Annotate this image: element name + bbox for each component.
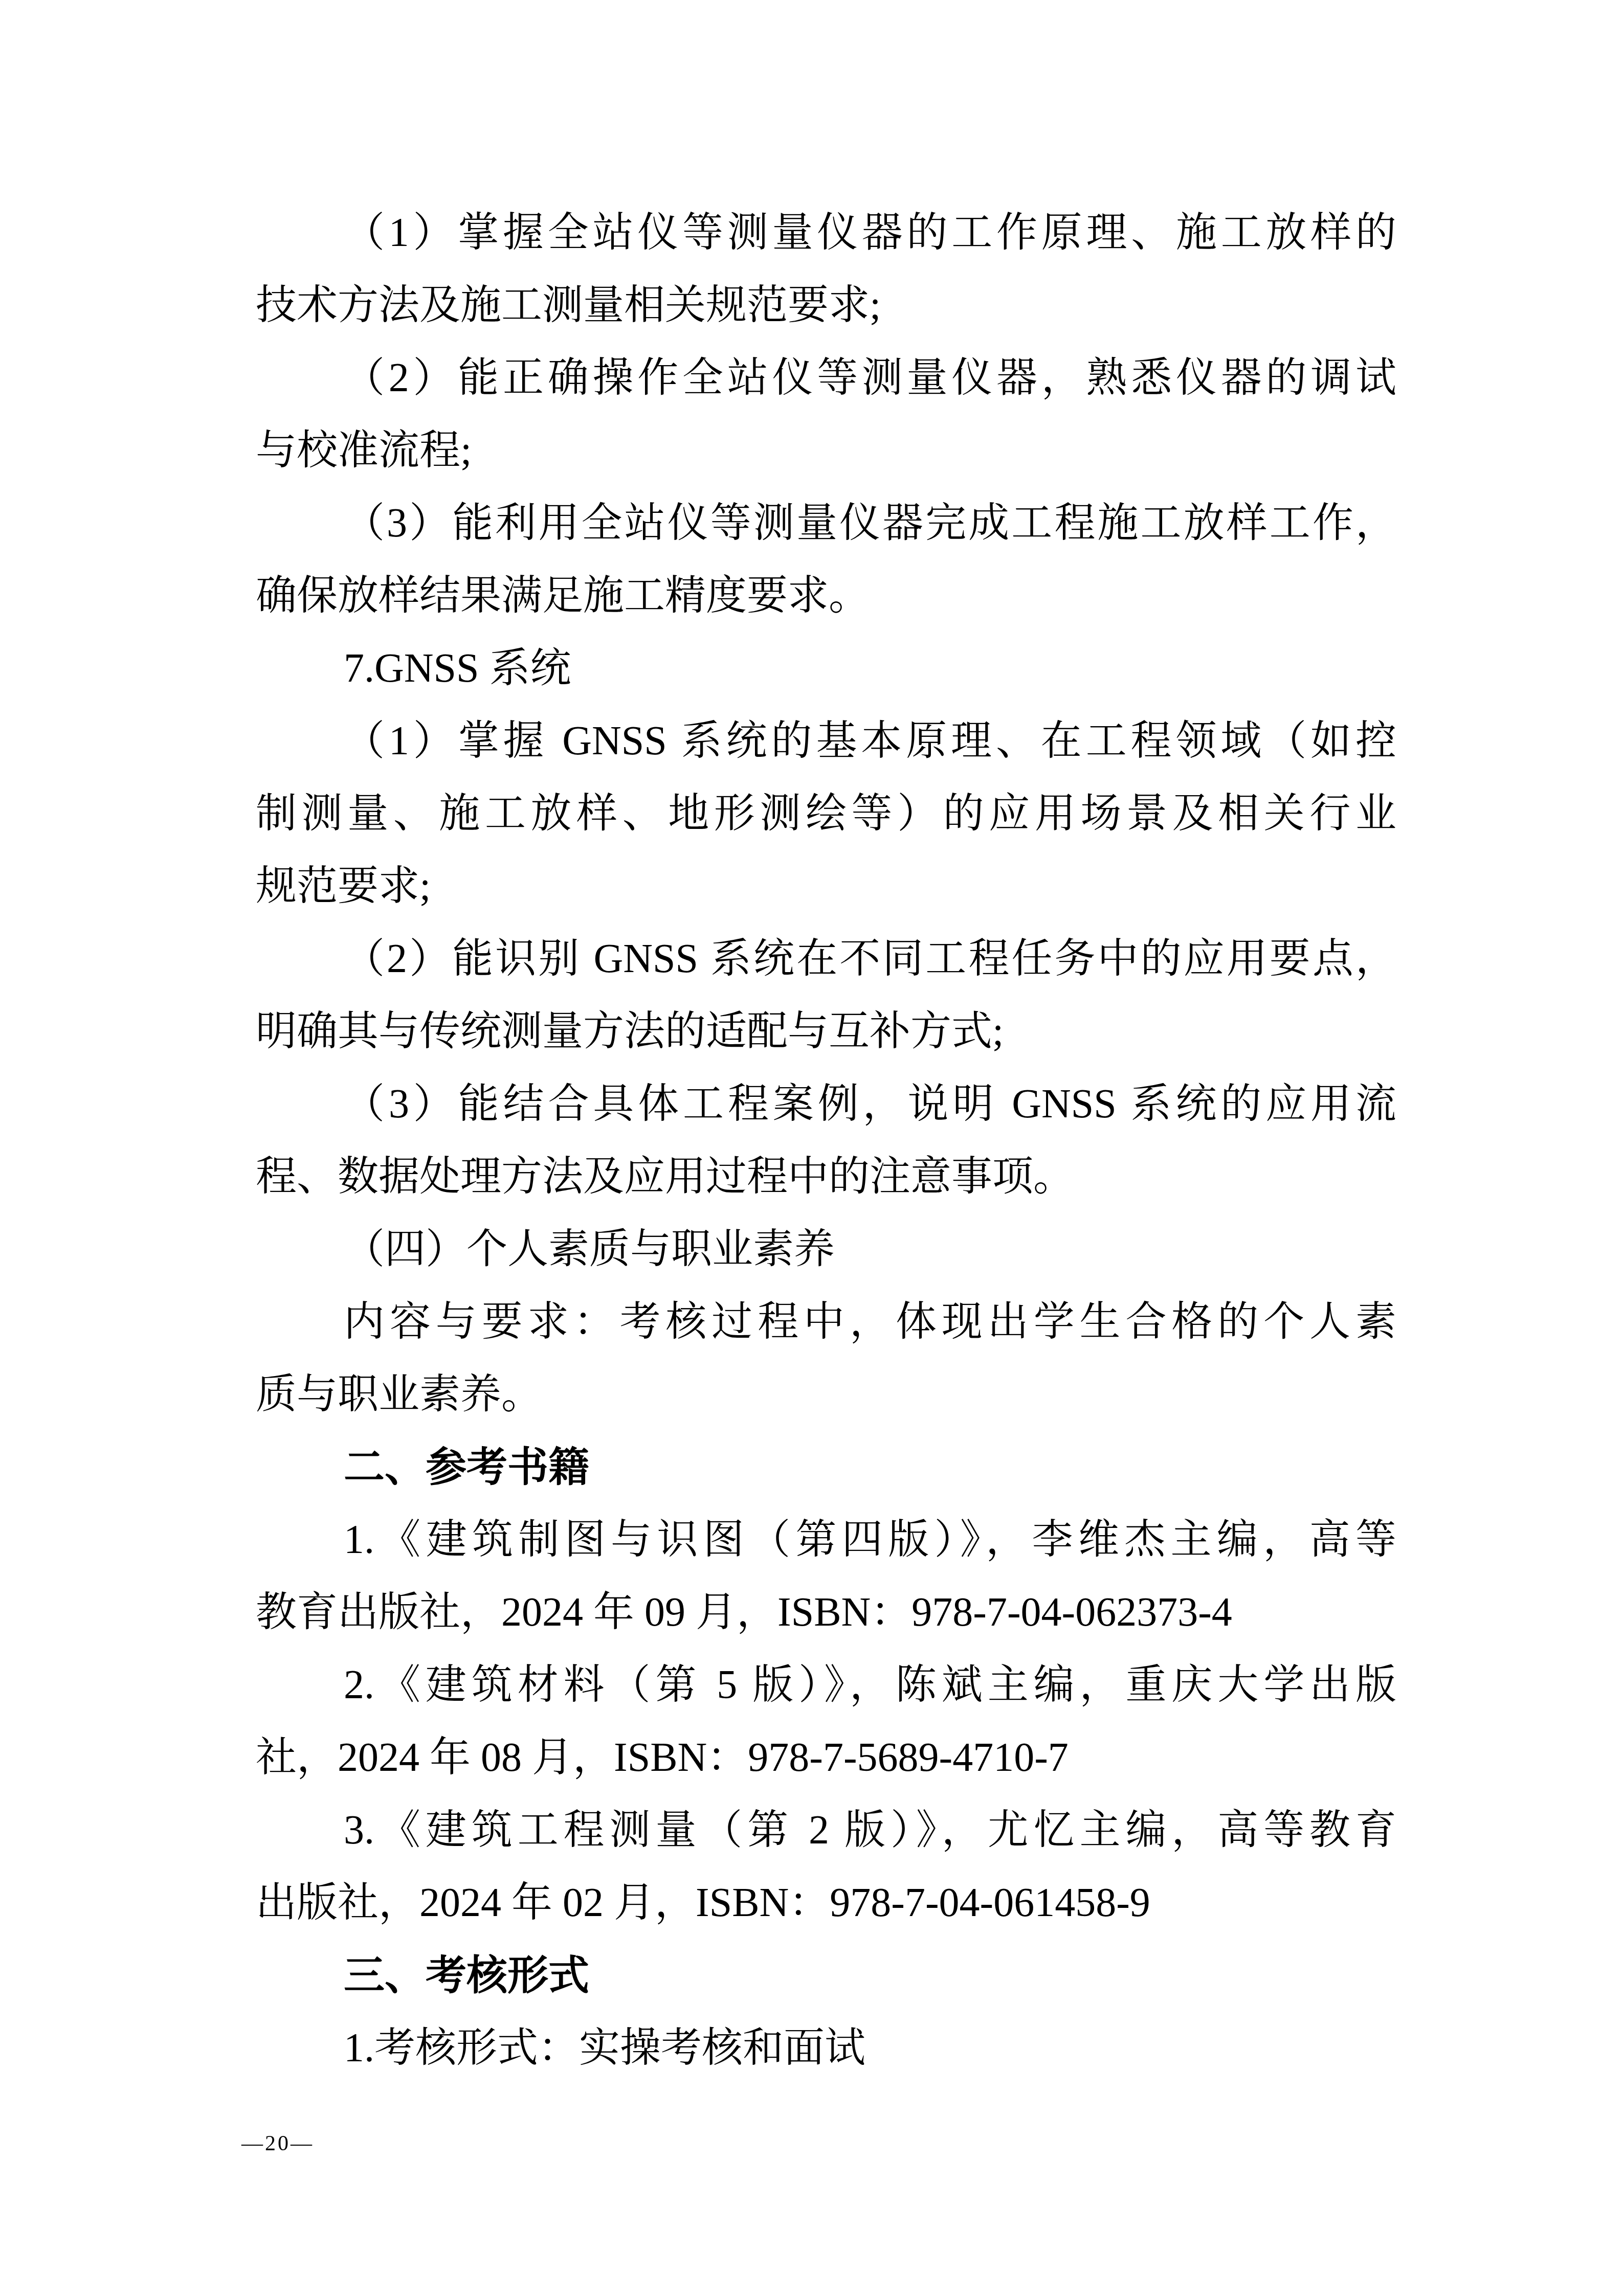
document-page: （1）掌握全站仪等测量仪器的工作原理、施工放样的 技术方法及施工测量相关规范要求… xyxy=(0,0,1624,2296)
doc-line: （3）能利用全站仪等测量仪器完成工程施工放样工作， xyxy=(256,487,1396,559)
doc-line: 质与职业素养。 xyxy=(256,1358,1396,1431)
doc-line: 技术方法及施工测量相关规范要求; xyxy=(256,269,1396,342)
doc-line: 确保放样结果满足施工精度要求。 xyxy=(256,559,1396,632)
doc-line: （3）能结合具体工程案例，说明 GNSS 系统的应用流 xyxy=(256,1068,1396,1140)
doc-line: 与校准流程; xyxy=(256,414,1396,487)
page-number: —20— xyxy=(241,2128,314,2159)
doc-line: 程、数据处理方法及应用过程中的注意事项。 xyxy=(256,1140,1396,1213)
doc-line: （2）能正确操作全站仪等测量仪器，熟悉仪器的调试 xyxy=(256,342,1396,414)
doc-line-book-2: 2.《建筑材料（第 5 版）》，陈斌主编，重庆大学出版 xyxy=(256,1649,1396,1721)
doc-line: （1）掌握全站仪等测量仪器的工作原理、施工放样的 xyxy=(256,196,1396,269)
doc-line-book-2-isbn: 社，2024 年 08 月，ISBN：978-7-5689-4710-7 xyxy=(256,1721,1396,1794)
doc-line-gnss-subheading: 7.GNSS 系统 xyxy=(256,632,1396,705)
section-heading-exam-format: 三、考核形式 xyxy=(256,1939,1396,2012)
doc-line: 明确其与传统测量方法的适配与互补方式; xyxy=(256,995,1396,1068)
doc-line: （2）能识别 GNSS 系统在不同工程任务中的应用要点， xyxy=(256,922,1396,995)
doc-line-exam-format: 1.考核形式：实操考核和面试 xyxy=(256,2012,1396,2084)
doc-line: 规范要求; xyxy=(256,850,1396,922)
doc-line: 制测量、施工放样、地形测绘等）的应用场景及相关行业 xyxy=(256,777,1396,850)
doc-line-book-1: 1.《建筑制图与识图（第四版）》，李维杰主编，高等 xyxy=(256,1503,1396,1576)
document-body: （1）掌握全站仪等测量仪器的工作原理、施工放样的 技术方法及施工测量相关规范要求… xyxy=(256,196,1396,2084)
doc-line-subsection-title: （四）个人素质与职业素养 xyxy=(256,1213,1396,1286)
doc-line: （1）掌握 GNSS 系统的基本原理、在工程领域（如控 xyxy=(256,705,1396,777)
doc-line-book-1-isbn: 教育出版社，2024 年 09 月，ISBN：978-7-04-062373-4 xyxy=(256,1576,1396,1649)
doc-line-book-3: 3.《建筑工程测量（第 2 版）》，尤忆主编，高等教育 xyxy=(256,1794,1396,1866)
doc-line-book-3-isbn: 出版社，2024 年 02 月，ISBN：978-7-04-061458-9 xyxy=(256,1866,1396,1939)
doc-line: 内容与要求：考核过程中，体现出学生合格的个人素 xyxy=(256,1286,1396,1358)
section-heading-reference-books: 二、参考书籍 xyxy=(256,1431,1396,1503)
